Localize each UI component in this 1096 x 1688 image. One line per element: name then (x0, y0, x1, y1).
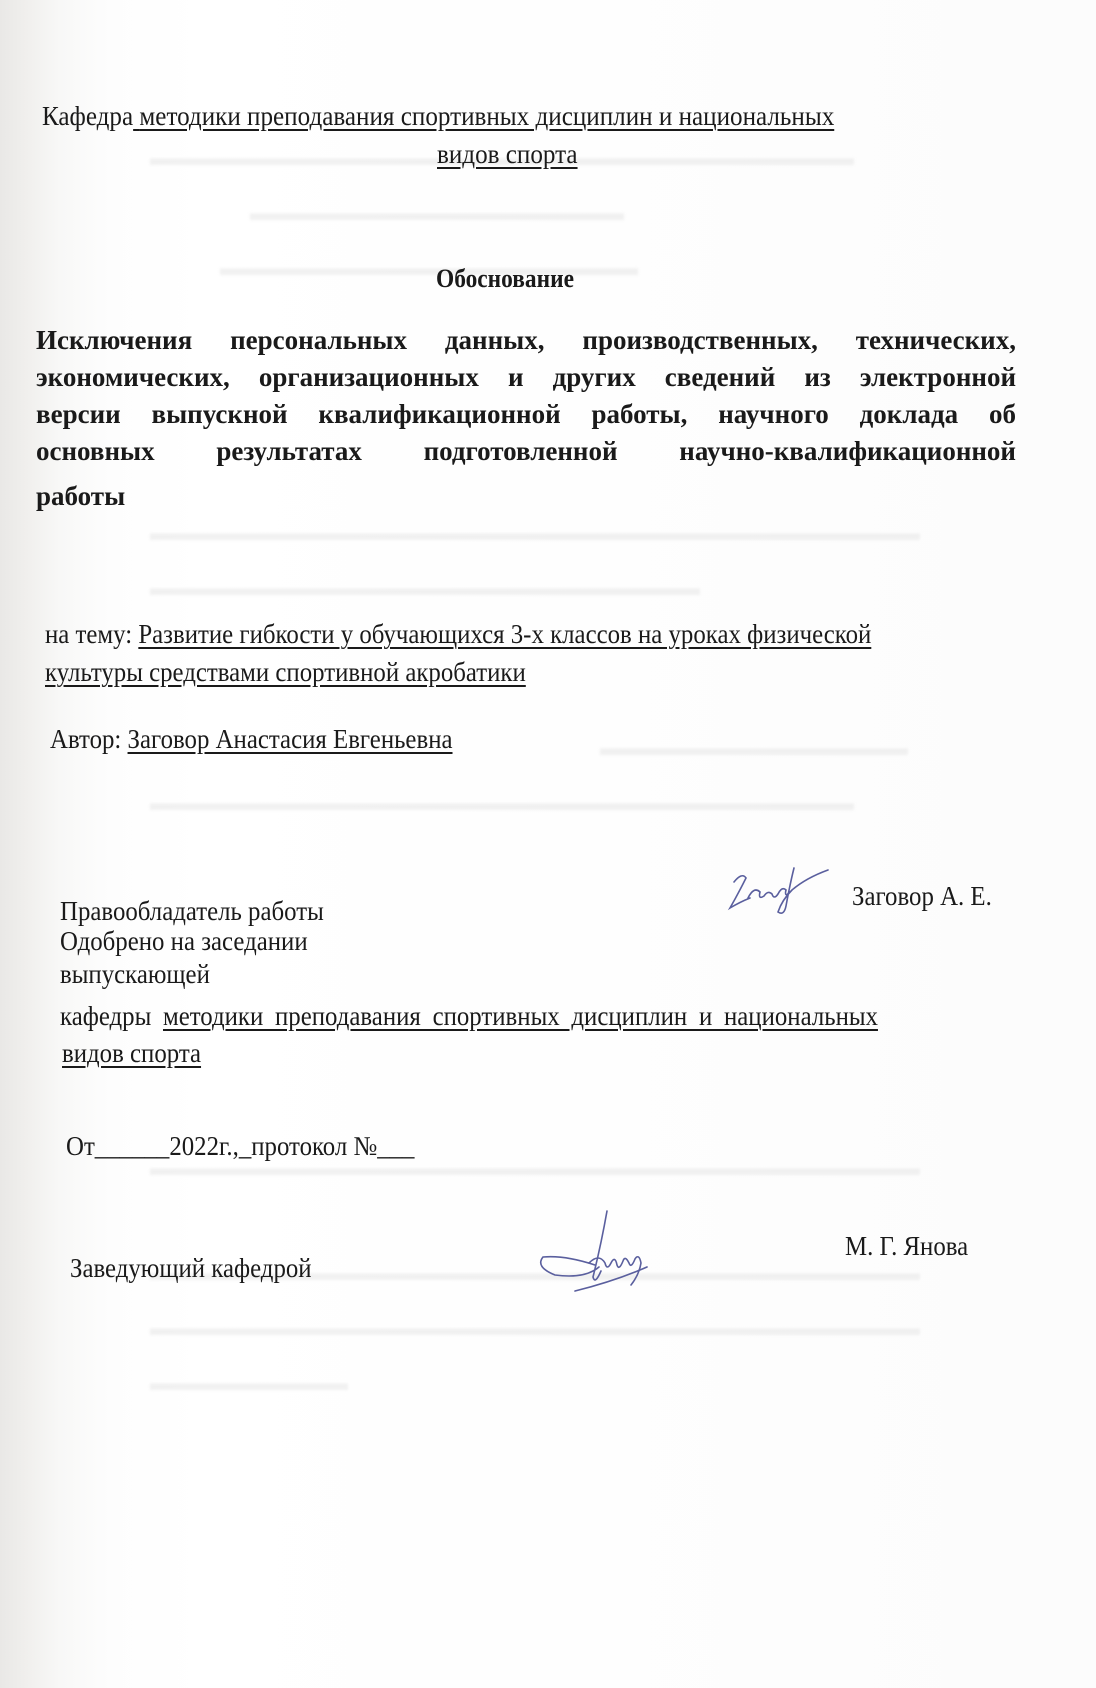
topic-value: Развитие гибкости у обучающихся 3-х клас… (138, 619, 871, 649)
subtitle-line: Исключения персональных данных, производ… (36, 322, 1016, 359)
author-line: Автор: Заговор Анастасия Евгеньевна (50, 723, 453, 755)
protocol-number-blank: ___ (377, 1131, 414, 1161)
head-of-department-label: Заведующий кафедрой (70, 1252, 312, 1284)
bleed-through-text: ▬▬▬▬▬▬▬▬▬▬▬▬▬▬ (600, 735, 908, 761)
approval-dept-label: кафедры (60, 1001, 151, 1031)
subtitle-line: экономических, организационных и других … (36, 359, 1016, 396)
document-subtitle: Исключения персональных данных, производ… (36, 322, 1016, 515)
topic-line2: культуры средствами спортивной акробатик… (45, 656, 526, 688)
protocol-date-blank: ______ (95, 1131, 170, 1161)
topic-line1: на тему: Развитие гибкости у обучающихся… (45, 618, 871, 650)
bleed-through-text: ▬▬▬▬▬▬▬▬▬ (150, 1370, 348, 1396)
author-label: Автор: (50, 724, 121, 754)
rights-holder-signature (720, 850, 830, 920)
subtitle-line: работы (36, 478, 1016, 515)
department-header-line2: видов спорта (437, 138, 578, 170)
bleed-through-text: ▬▬▬▬▬▬▬▬▬▬▬▬▬▬▬▬▬▬▬ (220, 255, 638, 281)
protocol-year: 2022г., (169, 1131, 238, 1161)
topic-label: на тему: (45, 619, 132, 649)
bleed-through-text: ▬▬▬▬▬▬▬▬▬▬▬▬▬▬▬▬▬ (250, 200, 624, 226)
approval-dept-line1: кафедры методики преподавания спортивных… (60, 1000, 878, 1032)
approval-dept-line2: видов спорта (62, 1037, 201, 1069)
head-of-department-signature (535, 1205, 665, 1295)
protocol-from: От (66, 1131, 95, 1161)
approval-dept-value: методики преподавания спортивных дисципл… (163, 1001, 878, 1031)
bleed-through-text: ▬▬▬▬▬▬▬▬▬▬▬▬▬▬▬▬▬▬▬▬▬▬▬▬▬▬▬▬▬▬▬▬▬▬▬ (150, 520, 920, 546)
department-name: методики преподавания спортивных дисципл… (133, 101, 834, 131)
rights-holder-name: Заговор А. Е. (852, 880, 992, 912)
author-value: Заговор Анастасия Евгеньевна (128, 724, 453, 754)
protocol-label: _протокол № (239, 1131, 377, 1161)
protocol-line: От______2022г.,_протокол №___ (66, 1130, 414, 1162)
document-title: Обоснование (436, 263, 574, 295)
subtitle-line: основных результатах подготовленной науч… (36, 433, 1016, 470)
head-of-department-name: М. Г. Янова (845, 1230, 968, 1262)
rights-holder-label: Правообладатель работы (60, 895, 324, 927)
document-page: ▬▬▬▬▬▬▬▬▬▬▬▬▬▬▬▬▬▬▬▬▬▬▬▬▬▬▬▬▬▬▬▬ ▬▬▬▬▬▬▬… (0, 0, 1096, 1688)
bleed-through-text: ▬▬▬▬▬▬▬▬▬▬▬▬▬▬▬▬▬▬▬▬▬▬▬▬▬ (150, 575, 700, 601)
approval-line2: выпускающей (60, 958, 210, 990)
bleed-through-text: ▬▬▬▬▬▬▬▬▬▬▬▬▬▬▬▬▬▬▬▬▬▬▬▬▬▬▬▬▬▬▬▬▬▬▬ (150, 1315, 920, 1341)
subtitle-line: версии выпускной квалификационной работы… (36, 396, 1016, 433)
bleed-through-text: ▬▬▬▬▬▬▬▬▬▬▬▬▬▬▬▬▬▬▬▬▬▬▬▬▬▬▬▬▬▬▬▬ (150, 790, 854, 816)
department-header-line1: Кафедра методики преподавания спортивных… (42, 100, 834, 132)
department-prefix: Кафедра (42, 101, 133, 131)
approval-line1: Одобрено на заседании (60, 925, 308, 957)
